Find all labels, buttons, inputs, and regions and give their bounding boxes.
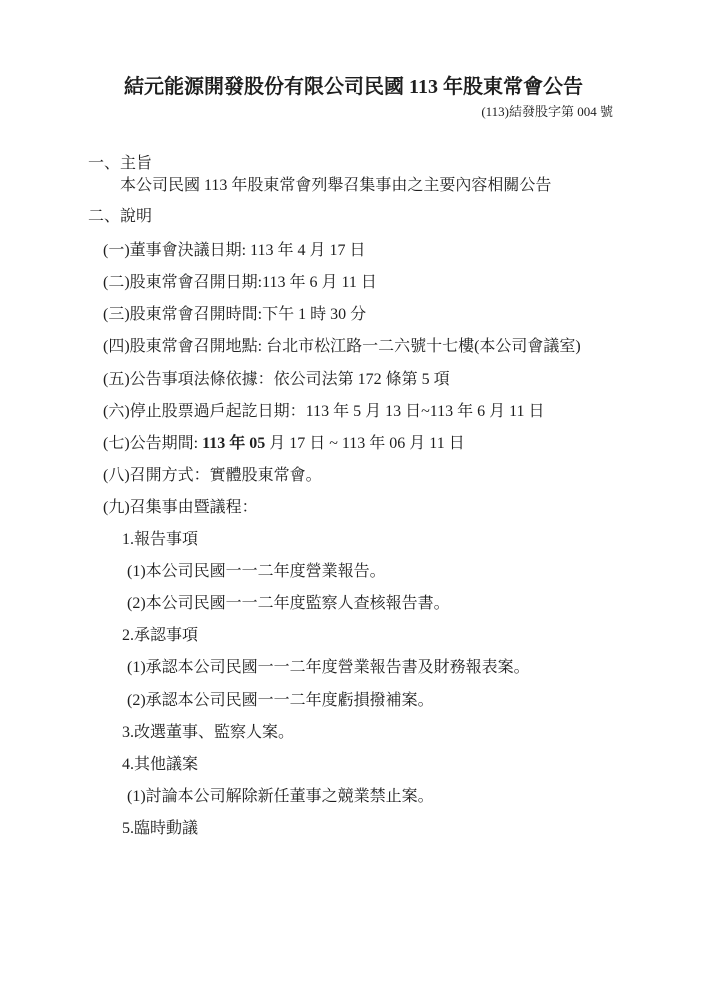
item-transfer-suspension-period: (六)停止股票過戶起訖日期：113 年 5 月 13 日~113 年 6 月 1… [103,401,545,423]
item-announcement-period: (七)公告期間: 113 年 05 月 17 日 ~ 113 年 06 月 11… [103,433,465,455]
item-meeting-time: (三)股東常會召開時間:下午 1 時 30 分 [103,304,366,326]
item-legal-basis: (五)公告事項法條依據：依公司法第 172 條第 5 項 [103,369,450,391]
item-meeting-location: (四)股東常會召開地點: 台北市松江路一二六號十七樓(本公司會議室) [103,336,581,358]
agenda-report-item-1: (1)本公司民國一一二年度營業報告。 [127,561,386,583]
item-board-resolution-date: (一)董事會決議日期: 113 年 4 月 17 日 [103,240,366,262]
announcement-period-suffix: 月 17 日 ~ 113 年 06 月 11 日 [265,435,464,452]
document-title: 結元能源開發股份有限公司民國 113 年股東常會公告 [0,70,707,99]
agenda-report-item-2: (2)本公司民國一一二年度監察人查核報告書。 [127,593,450,615]
agenda-ratification-item-2: (2)承認本公司民國一一二年度虧損撥補案。 [127,690,434,712]
agenda-extempore-motions: 5.臨時動議 [122,818,198,840]
doc-number: (113)結發股字第 004 號 [0,101,613,120]
agenda-other-item-1: (1)討論本公司解除新任董事之競業禁止案。 [127,786,434,808]
announcement-period-prefix: (七)公告期間: [103,435,202,452]
agenda-election: 3.改選董事、監察人案。 [122,722,294,744]
agenda-ratification-item-1: (1)承認本公司民國一一二年度營業報告書及財務報表案。 [127,657,530,679]
announcement-period-bold-segment: 113 年 05 [202,435,265,452]
agenda-other-matters: 4.其他議案 [122,754,198,776]
agenda-ratification-matters: 2.承認事項 [122,625,198,647]
description-heading: 二、說明 [88,206,152,228]
subject-heading: 一、主旨 [88,153,152,175]
document-page: 結元能源開發股份有限公司民國 113 年股東常會公告 (113)結發股字第 00… [0,0,707,1000]
item-meeting-date: (二)股東常會召開日期:113 年 6 月 11 日 [103,272,377,294]
subject-body: 本公司民國 113 年股東常會列舉召集事由之主要內容相關公告 [120,175,551,197]
item-meeting-format: (八)召開方式：實體股東常會。 [103,465,322,487]
item-agenda-heading: (九)召集事由暨議程： [103,497,258,519]
agenda-report-matters: 1.報告事項 [122,529,198,551]
